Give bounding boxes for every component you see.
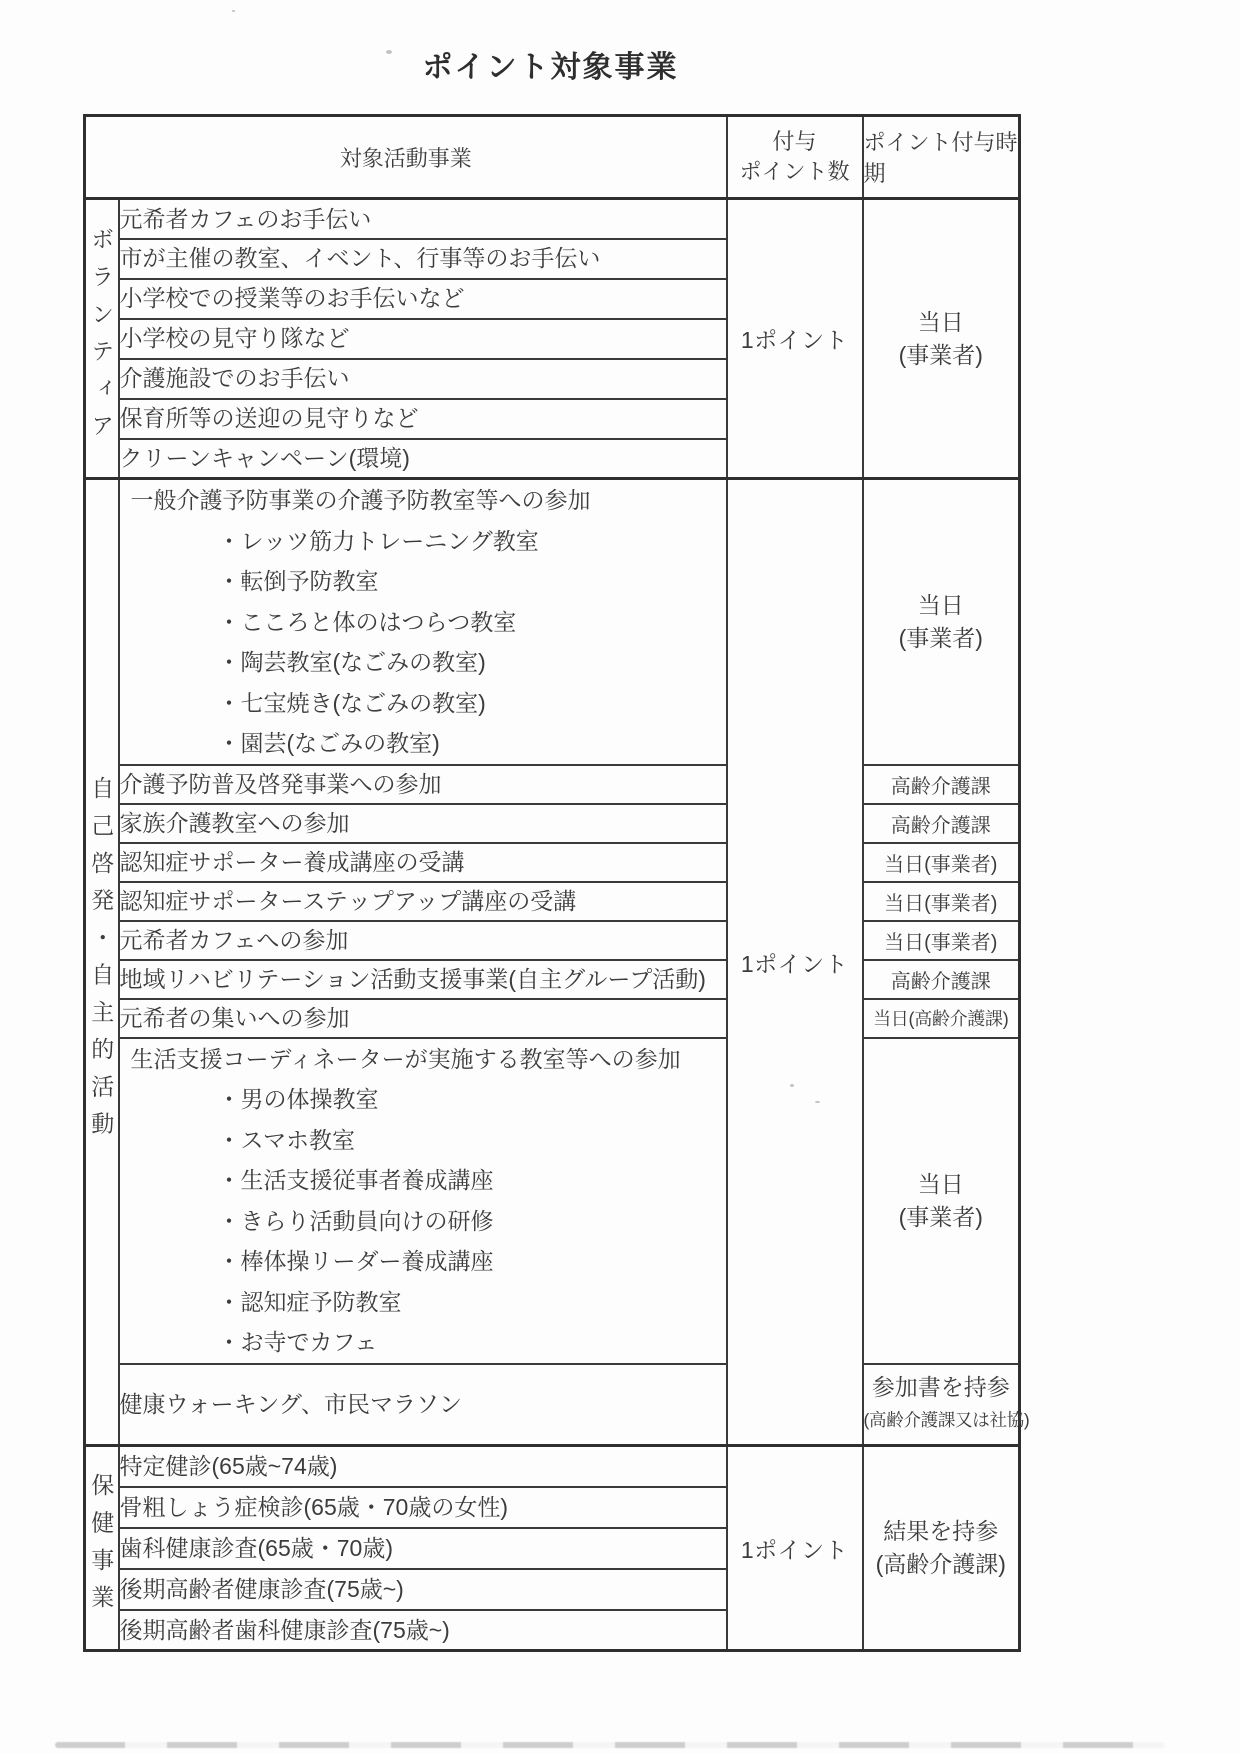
activity-cell: 特定健診(65歳~74歳) <box>119 1446 727 1487</box>
timing-cell: 結果を持参 (高齢介護課) <box>863 1446 1020 1651</box>
scan-artifact <box>55 1742 1165 1748</box>
table-row: 健康ウォーキング、市民マラソン 参加書を持参 (高齢介護課又は社協) <box>85 1364 1020 1446</box>
section-label-health: 保健事業 <box>85 1446 119 1651</box>
activity-cell: 後期高齢者健康診査(75歳~) <box>119 1569 727 1610</box>
points-cell: 1ポイント <box>727 199 863 479</box>
timing-cell: 当日 (事業者) <box>863 479 1020 765</box>
activity-cell: 家族介護教室への参加 <box>119 804 727 843</box>
table-row: 元希者カフェへの参加 当日(事業者) <box>85 921 1020 960</box>
timing-cell: 高齢介護課 <box>863 804 1020 843</box>
activity-cell: 認知症サポーターステップアップ講座の受講 <box>119 882 727 921</box>
activity-cell: 介護予防普及啓発事業への参加 <box>119 765 727 804</box>
activity-cell: 元希者カフェのお手伝い <box>119 199 727 239</box>
bullet-item: ・きらり活動員向けの研修 <box>120 1201 726 1242</box>
timing-line: (事業者) <box>864 339 1019 372</box>
bullet-item: ・転倒予防教室 <box>120 561 726 602</box>
scanned-document-page: ポイント対象事業 対象活動事業 付与 ポイント数 ポイント付与時期 ボランティア <box>0 0 1240 1754</box>
table-row: 保健事業 特定健診(65歳~74歳) 1ポイント 結果を持参 (高齢介護課) <box>85 1446 1020 1487</box>
bullet-item: ・陶芸教室(なごみの教室) <box>120 642 726 683</box>
timing-cell: 当日(高齢介護課) <box>863 999 1020 1038</box>
timing-line: (高齢介護課又は社協) <box>864 1404 1019 1437</box>
activity-cell: 認知症サポーター養成講座の受講 <box>119 843 727 882</box>
header-activity-col: 対象活動事業 <box>85 116 727 199</box>
header-points-line1: 付与 <box>728 127 862 157</box>
scan-speck <box>232 10 235 12</box>
bullet-item: ・七宝焼き(なごみの教室) <box>120 683 726 724</box>
section-label-volunteer: ボランティア <box>85 199 119 479</box>
timing-cell: 当日(事業者) <box>863 882 1020 921</box>
table-row: 生活支援コーディネーターが実施する教室等への参加 ・男の体操教室 ・スマホ教室 … <box>85 1038 1020 1364</box>
points-cell: 1ポイント <box>727 1446 863 1651</box>
activity-cell: 元希者の集いへの参加 <box>119 999 727 1038</box>
activity-cell: 市が主催の教室、イベント、行事等のお手伝い <box>119 239 727 279</box>
timing-cell: 当日(事業者) <box>863 843 1020 882</box>
timing-line: 結果を持参 <box>864 1515 1019 1548</box>
timing-line: (事業者) <box>864 622 1019 655</box>
table-row: 認知症サポーターステップアップ講座の受講 当日(事業者) <box>85 882 1020 921</box>
page-title: ポイント対象事業 <box>83 50 1018 86</box>
timing-line: (事業者) <box>864 1201 1019 1234</box>
bullet-item: ・認知症予防教室 <box>120 1282 726 1323</box>
timing-cell: 高齢介護課 <box>863 765 1020 804</box>
activity-cell: 後期高齢者歯科健康診査(75歳~) <box>119 1610 727 1651</box>
timing-cell: 当日(事業者) <box>863 921 1020 960</box>
timing-line: (高齢介護課) <box>864 1548 1019 1581</box>
group-heading: 一般介護予防事業の介護予防教室等への参加 <box>120 480 726 521</box>
document-body: ポイント対象事業 対象活動事業 付与 ポイント数 ポイント付与時期 ボランティア <box>83 50 1018 1652</box>
table-row: 元希者の集いへの参加 当日(高齢介護課) <box>85 999 1020 1038</box>
bullet-item: ・お寺でカフェ <box>120 1322 726 1363</box>
timing-line: 参加書を持参 <box>864 1371 1019 1404</box>
scan-speck <box>815 1101 820 1103</box>
activity-cell: 骨粗しょう症検診(65歳・70歳の女性) <box>119 1487 727 1528</box>
header-points-line2: ポイント数 <box>728 157 862 187</box>
timing-line: 当日 <box>864 1168 1019 1201</box>
activity-cell: 歯科健康診査(65歳・70歳) <box>119 1528 727 1569</box>
timing-line: 当日 <box>864 306 1019 339</box>
timing-line: 当日 <box>864 589 1019 622</box>
activity-cell: 介護施設でのお手伝い <box>119 359 727 399</box>
activity-group-cell: 一般介護予防事業の介護予防教室等への参加 ・レッツ筋力トレーニング教室 ・転倒予… <box>119 479 727 765</box>
activity-cell: 小学校での授業等のお手伝いなど <box>119 279 727 319</box>
activity-cell: クリーンキャンペーン(環境) <box>119 439 727 479</box>
header-row: 対象活動事業 付与 ポイント数 ポイント付与時期 <box>85 116 1020 199</box>
scan-speck <box>790 1084 794 1087</box>
points-table: 対象活動事業 付与 ポイント数 ポイント付与時期 ボランティア 元希者カフェのお… <box>83 114 1021 1652</box>
table-row: ボランティア 元希者カフェのお手伝い 1ポイント 当日 (事業者) <box>85 199 1020 239</box>
table-row: 地域リハビリテーション活動支援事業(自主グループ活動) 高齢介護課 <box>85 960 1020 999</box>
table-row: 自己啓発・自主的活動 一般介護予防事業の介護予防教室等への参加 ・レッツ筋力トレ… <box>85 479 1020 765</box>
table-row: 介護予防普及啓発事業への参加 高齢介護課 <box>85 765 1020 804</box>
timing-cell: 高齢介護課 <box>863 960 1020 999</box>
bullet-item: ・スマホ教室 <box>120 1120 726 1161</box>
bullet-item: ・レッツ筋力トレーニング教室 <box>120 521 726 562</box>
bullet-item: ・こころと体のはつらつ教室 <box>120 602 726 643</box>
bullet-item: ・男の体操教室 <box>120 1079 726 1120</box>
bullet-item: ・棒体操リーダー養成講座 <box>120 1241 726 1282</box>
scan-speck <box>386 50 392 54</box>
timing-cell: 参加書を持参 (高齢介護課又は社協) <box>863 1364 1020 1446</box>
header-points-col: 付与 ポイント数 <box>727 116 863 199</box>
timing-cell: 当日 (事業者) <box>863 199 1020 479</box>
section-label-self-development: 自己啓発・自主的活動 <box>85 479 119 1446</box>
header-timing-col: ポイント付与時期 <box>863 116 1020 199</box>
activity-cell: 健康ウォーキング、市民マラソン <box>119 1364 727 1446</box>
activity-group-cell: 生活支援コーディネーターが実施する教室等への参加 ・男の体操教室 ・スマホ教室 … <box>119 1038 727 1364</box>
activity-cell: 小学校の見守り隊など <box>119 319 727 359</box>
timing-cell: 当日 (事業者) <box>863 1038 1020 1364</box>
table-row: 認知症サポーター養成講座の受講 当日(事業者) <box>85 843 1020 882</box>
activity-cell: 保育所等の送迎の見守りなど <box>119 399 727 439</box>
group-heading: 生活支援コーディネーターが実施する教室等への参加 <box>120 1039 726 1080</box>
table-row: 家族介護教室への参加 高齢介護課 <box>85 804 1020 843</box>
bullet-item: ・園芸(なごみの教室) <box>120 723 726 764</box>
activity-cell: 元希者カフェへの参加 <box>119 921 727 960</box>
activity-cell: 地域リハビリテーション活動支援事業(自主グループ活動) <box>119 960 727 999</box>
bullet-item: ・生活支援従事者養成講座 <box>120 1160 726 1201</box>
points-cell: 1ポイント <box>727 479 863 1446</box>
